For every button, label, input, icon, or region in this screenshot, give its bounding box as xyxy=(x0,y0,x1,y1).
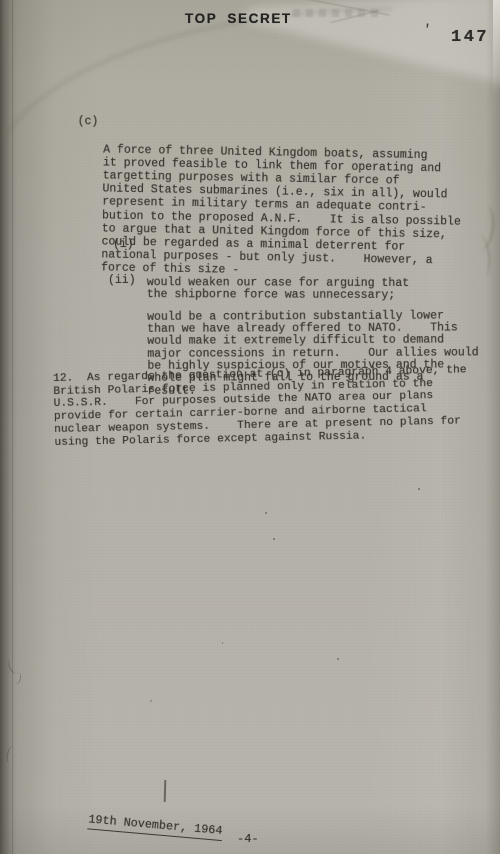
speck xyxy=(273,538,275,540)
subitem-i-label: (i) xyxy=(113,239,134,252)
speck xyxy=(222,642,223,644)
erased-stamp-mark xyxy=(293,9,381,17)
speck xyxy=(337,658,339,660)
subitem-ii-label: (ii) xyxy=(108,275,136,287)
classification-header: TOP SECRET xyxy=(185,11,292,26)
page-footer-number: -4- xyxy=(237,832,259,846)
page-edge-line xyxy=(12,0,13,854)
binding-shadow xyxy=(0,0,17,854)
scanned-document-page: TOP SECRET ' 147 (c) A force of three Un… xyxy=(0,0,500,854)
next-page-sliver xyxy=(493,0,500,95)
speck xyxy=(265,512,267,514)
page-number-stamp: 147 xyxy=(451,28,489,47)
date-text: 19th November, 1964 xyxy=(88,812,223,841)
paragraph-c-label: (c) xyxy=(78,115,99,129)
speck xyxy=(418,488,420,490)
right-edge-shadow xyxy=(486,0,500,854)
smudge-mark xyxy=(462,205,498,280)
paragraph-12: 12. As regards the question at (c) in pa… xyxy=(53,364,468,449)
speck xyxy=(150,700,152,702)
